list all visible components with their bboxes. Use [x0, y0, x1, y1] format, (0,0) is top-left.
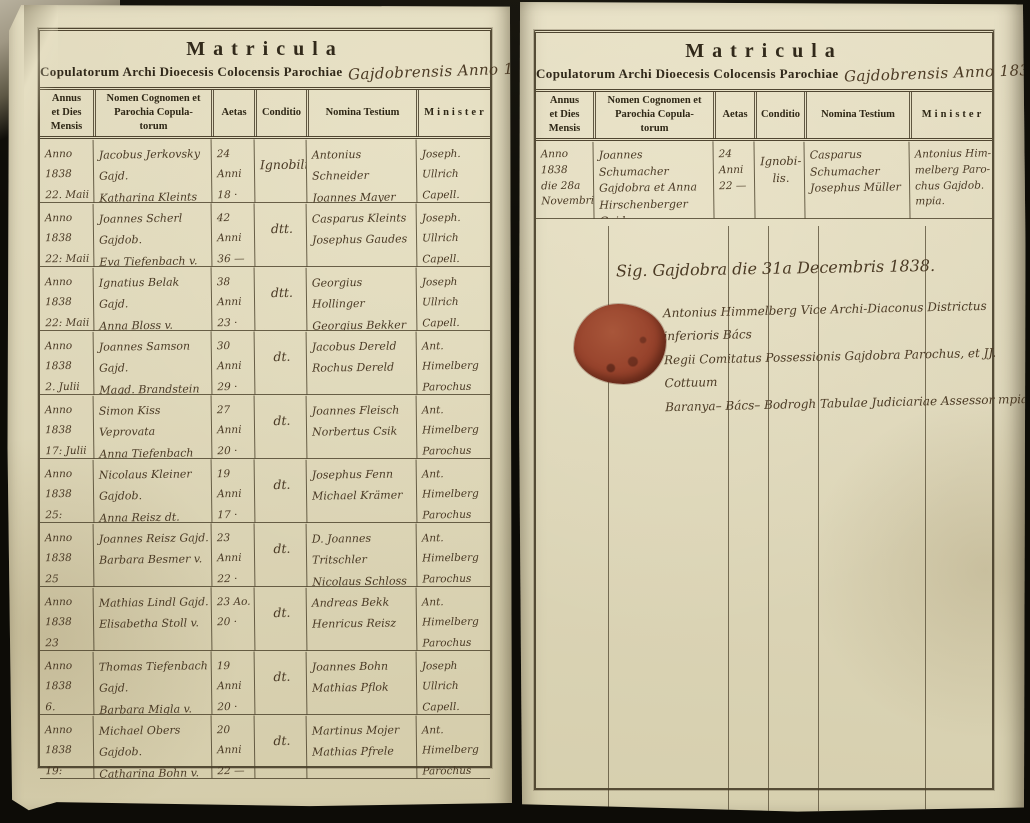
entry-witnesses: Casparus Kleints Josephus Gaudes	[306, 202, 417, 267]
column-header-nomen: Nomen Cognomen et Parochia Copula- torum	[593, 92, 713, 139]
entry-ages: 38 Anni 23 ·	[211, 267, 255, 331]
parish-year-handwritten: Gajdobrensis Anno 1838.	[843, 61, 1030, 86]
entry-couple-names: Joannes Reisz Gajd. Barbara Besmer v.	[93, 522, 212, 587]
entry-date: Anno 1838 17: Julii	[40, 395, 94, 459]
table-row: Anno 1838 22. Maii Jacobus Jerkovsky Gaj…	[40, 139, 490, 203]
table-row: Anno 1838 die 28a Novembris Joannes Schu…	[536, 141, 992, 219]
page-subtitle: Copulatorum Archi Dioecesis Colocensis P…	[536, 64, 992, 82]
entry-ages: 23 Anni 22 ·	[211, 523, 255, 587]
table-row: Anno 1838 22: Maii Joannes Scherl Gajdob…	[40, 203, 490, 267]
parish-year-handwritten: Gajdobrensis Anno 1838.	[347, 59, 548, 84]
entry-condition: dt.	[254, 587, 307, 651]
entry-couple-names: Michael Obers Gajdob. Catharina Bohn v.	[93, 714, 212, 779]
title-block: Matricula Copulatorum Archi Dioecesis Co…	[536, 33, 992, 89]
entry-condition: dtt.	[254, 203, 307, 267]
entry-minister: Ant. Himelberg Parochus Gajd.	[416, 458, 493, 522]
column-header-conditio: Conditio	[754, 92, 804, 139]
column-header-minister: Minister	[416, 90, 492, 137]
page-title: Matricula	[40, 31, 490, 61]
entry-ages: 20 Anni 22 —	[211, 715, 255, 779]
table-row: Anno 1838 25: Septembr. Nicolaus Kleiner…	[40, 459, 490, 523]
entry-ages: 27 Anni 20 ·	[211, 395, 255, 459]
column-header-testium: Nomina Testium	[306, 90, 416, 137]
column-header-nomen: Nomen Cognomen et Parochia Copula- torum	[93, 90, 211, 137]
entry-condition: Ignobi- lis.	[753, 141, 804, 219]
entry-condition: dt.	[254, 459, 307, 523]
wax-seal	[574, 304, 666, 384]
entry-date: Anno 1838 23 Octobris	[40, 587, 94, 651]
entry-condition: dt.	[254, 651, 307, 715]
entry-witnesses: Martinus Mojer Mathias Pfrele	[306, 714, 417, 779]
entry-witnesses: Andreas Bekk Henricus Reisz	[306, 586, 417, 651]
closing-section: Sig. Gajdobra die 31a Decembris 1838. An…	[552, 226, 1012, 821]
entry-date: Anno 1838 6. Novembr.	[40, 651, 94, 715]
table-row: Anno 1838 17: Julii Simon Kiss Veprovata…	[40, 395, 490, 459]
entry-ages: 24 Anni 18 ·	[211, 139, 255, 203]
entry-condition: dt.	[254, 523, 307, 587]
table-row: Anno 1838 23 Octobris Mathias Lindl Gajd…	[40, 587, 490, 651]
entry-couple-names: Thomas Tiefenbach Gajd. Barbara Migla v.	[93, 650, 212, 715]
page-subtitle: Copulatorum Archi Dioecesis Colocensis P…	[40, 62, 490, 80]
entry-condition: dt.	[254, 715, 307, 779]
entry-date: Anno 1838 19: Novembr.	[40, 715, 94, 779]
entry-couple-names: Nicolaus Kleiner Gajdob. Anna Reisz dt.	[93, 458, 212, 523]
entry-witnesses: Joannes Bohn Mathias Pflok	[306, 650, 417, 715]
entry-minister: Joseph. Ullrich Capell. Gajdob.	[416, 202, 493, 266]
table-row: Anno 1838 2. Julii Joannes Samson Gajd. …	[40, 331, 490, 395]
table-row: Anno 1838 19: Novembr. Michael Obers Gaj…	[40, 715, 490, 779]
entry-couple-names: Ignatius Belak Gajd. Anna Bloss v.	[93, 266, 212, 331]
subtitle-printed: Copulatorum Archi Dioecesis Colocensis P…	[536, 66, 839, 81]
entry-witnesses: Joannes Fleisch Norbertus Csik	[306, 394, 417, 459]
entry-minister: Ant. Himelberg Parochus Gajd.	[416, 394, 493, 458]
entry-ages: 23 Ao. 20 ·	[211, 587, 255, 651]
entry-ages: 30 Anni 29 ·	[211, 331, 255, 395]
table-row: Anno 1838 22: Maii Ignatius Belak Gajd. …	[40, 267, 490, 331]
signature-date-line: Sig. Gajdobra die 31a Decembris 1838.	[616, 255, 1016, 281]
entry-witnesses: Antonius Schneider Joannes Mayer	[306, 138, 417, 203]
entry-minister: Ant. Himelberg Parochus Gajd.	[416, 714, 493, 778]
page-left: Matricula Copulatorum Archi Dioecesis Co…	[6, 5, 512, 811]
entry-condition: Ignobilis	[254, 139, 307, 203]
entry-date: Anno 1838 25: Septembr.	[40, 459, 94, 523]
entry-witnesses: Georgius Hollinger Georgius Bekker	[306, 266, 417, 331]
entries-right: Anno 1838 die 28a Novembris Joannes Schu…	[536, 141, 992, 219]
entry-witnesses: Jacobus Dereld Rochus Dereld	[306, 330, 417, 395]
entry-ages: 42 Anni 36 —	[211, 203, 255, 267]
column-headers: Annus et Dies Mensis Nomen Cognomen et P…	[536, 89, 992, 141]
page-title: Matricula	[536, 33, 992, 63]
entry-minister: Joseph. Ullrich Capell. Gajd.	[416, 138, 493, 202]
entry-couple-names: Mathias Lindl Gajd. Elisabetha Stoll v.	[93, 586, 212, 651]
entry-date: Anno 1838 die 28a Novembris	[535, 141, 593, 219]
entry-minister: Ant. Himelberg Parochus Gajd.	[416, 522, 493, 586]
entry-couple-names: Joannes Schumacher Gajdobra et Anna Hirs…	[592, 140, 713, 219]
table-row: Anno 1838 25 Septembr. Joannes Reisz Gaj…	[40, 523, 490, 587]
entry-minister: Antonius Him- melberg Paro- chus Gajdob.…	[908, 140, 994, 218]
entry-condition: dt.	[254, 331, 307, 395]
entry-witnesses: D. Joannes Tritschler Nicolaus Schloss	[306, 522, 417, 587]
table-row: Anno 1838 6. Novembr. Thomas Tiefenbach …	[40, 651, 490, 715]
column-header-aetas: Aetas	[211, 90, 254, 137]
entry-date: Anno 1838 22: Maii	[40, 267, 94, 331]
entry-minister: Joseph Ullrich Capell. Gajd.	[416, 266, 493, 330]
column-headers: Annus et Dies Mensis Nomen Cognomen et P…	[40, 87, 490, 139]
entry-date: Anno 1838 22: Maii	[40, 203, 94, 267]
attestation-text: Antonius Himmelberg Vice Archi-Diaconus …	[663, 294, 1030, 419]
entry-ages: 24 Anni 22 —	[712, 141, 754, 219]
column-header-conditio: Conditio	[254, 90, 306, 137]
book-spread: Matricula Copulatorum Archi Dioecesis Co…	[0, 0, 1030, 823]
entry-witnesses: Casparus Schumacher Josephus Müller	[803, 140, 909, 218]
entry-ages: 19 Anni 17 ·	[211, 459, 255, 523]
entry-condition: dtt.	[254, 267, 307, 331]
entry-minister: Ant. Himelberg Parochus Gajd.	[416, 330, 493, 394]
column-header-minister: Minister	[909, 92, 994, 139]
subtitle-printed: Copulatorum Archi Dioecesis Colocensis P…	[40, 64, 343, 79]
column-header-annus: Annus et Dies Mensis	[536, 92, 593, 139]
entry-date: Anno 1838 22. Maii	[40, 139, 94, 203]
entry-witnesses: Josephus Fenn Michael Krämer	[306, 458, 417, 523]
title-block: Matricula Copulatorum Archi Dioecesis Co…	[40, 31, 490, 87]
entry-minister: Joseph Ullrich Capell. Gajdob.	[416, 650, 493, 714]
entry-minister: Ant. Himelberg Parochus Gajd.	[416, 586, 493, 650]
entry-couple-names: Joannes Samson Gajd. Magd. Brandstein dt…	[93, 330, 212, 395]
entry-couple-names: Jacobus Jerkovsky Gajd. Katharina Kleint…	[93, 138, 212, 203]
register-table-left: Matricula Copulatorum Archi Dioecesis Co…	[38, 28, 492, 768]
entry-date: Anno 1838 25 Septembr.	[40, 523, 94, 587]
entry-condition: dt.	[254, 395, 307, 459]
page-right: Matricula Copulatorum Archi Dioecesis Co…	[518, 2, 1026, 814]
entries-left: Anno 1838 22. Maii Jacobus Jerkovsky Gaj…	[40, 139, 490, 779]
entry-date: Anno 1838 2. Julii	[40, 331, 94, 395]
column-header-aetas: Aetas	[713, 92, 754, 139]
register-table-right: Matricula Copulatorum Archi Dioecesis Co…	[534, 30, 994, 790]
column-header-annus: Annus et Dies Mensis	[40, 90, 93, 137]
entry-ages: 19 Anni 20 ·	[211, 651, 255, 715]
column-header-testium: Nomina Testium	[804, 92, 909, 139]
entry-couple-names: Simon Kiss Veprovata Anna Tiefenbach Gaj…	[93, 394, 212, 459]
entry-couple-names: Joannes Scherl Gajdob. Eva Tiefenbach v.	[93, 202, 212, 267]
